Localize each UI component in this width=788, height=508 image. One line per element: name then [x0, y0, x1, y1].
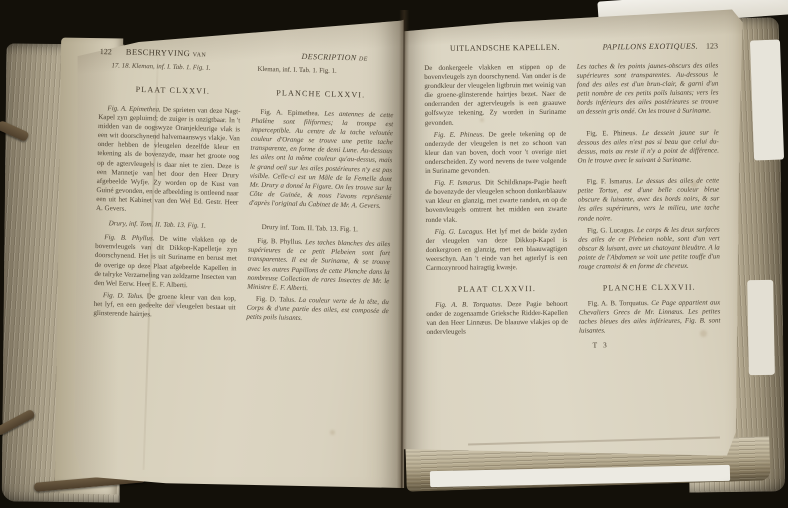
column-dutch: Fig. B. Phyllus. De witte vlakken op de … — [94, 233, 237, 294]
column-dutch: Fig. D. Talus. De groene kleur van den k… — [93, 291, 236, 325]
figure-paragraph: Les taches & les points jaunes-obscurs d… — [577, 61, 719, 117]
paragraph-pair-phineus: Fig. E. Phineus. De geele tekening op de… — [425, 128, 719, 179]
figure-text: De sprieten van deze Nagt-Kapel zyn gepl… — [96, 106, 241, 213]
column-french: Fig. A. B. Torquatus. Ce Page appartient… — [579, 299, 721, 340]
column-french: Les taches & les points jaunes-obscurs d… — [577, 61, 719, 129]
book-photo: 122 BESCHRYVING van DESCRIPTION de 17. 1… — [0, 0, 788, 508]
running-head-dutch: UITLANDSCHE KAPELLEN. — [450, 43, 560, 53]
running-head-dutch: BESCHRYVING van — [126, 47, 207, 59]
figure-paragraph: Fig. G. Lucagus. Het lyf met de beide zy… — [426, 226, 568, 273]
paragraph-pair-ismarus: Fig. F. Ismarus. Dit Schildknaps-Pagie h… — [425, 177, 719, 228]
column-dutch: Fig. A. B. Torquatus. Deze Pagie behoort… — [426, 300, 568, 341]
figure-paragraph: Fig. A. Epimethea. De sprieten van deze … — [96, 104, 241, 217]
figure-paragraph: De donkergeele vlakken en stippen op de … — [424, 63, 566, 128]
plate-heading-french: PLANCHE CLXXVI. — [247, 88, 395, 101]
column-french: Fig. F. Ismarus. Le dessus des ailes de … — [578, 177, 720, 227]
reference-row: 17. 18. Kleman, inf. I. Tab. 1. Fig. 1. … — [99, 62, 395, 76]
column-dutch: Fig. F. Ismarus. Dit Schildknaps-Pagie h… — [425, 178, 567, 228]
figure-paragraph: Fig. G. Lucagus. Le corps & les deux sur… — [578, 225, 720, 272]
column-dutch: Fig. G. Lucagus. Het lyf met de beide zy… — [426, 226, 568, 276]
foxing-spot — [330, 430, 335, 435]
figure-paragraph: Fig. E. Phineus. De geele tekening op de… — [425, 129, 567, 176]
figure-paragraph: Fig. B. Phyllus. De witte vlakken op de … — [94, 233, 237, 291]
column-french: Fig. A. Epimethea. Les antennes de cette… — [249, 108, 394, 224]
reference-line-french: Kleman, inf. I. Tab. 1. Fig. 1. — [257, 66, 336, 75]
left-page-columns: Fig. A. Epimethea. De sprieten van deze … — [93, 104, 394, 328]
figure-text: Les taches blanches des ailes supérieure… — [247, 238, 390, 292]
plate-heading-pair: PLAAT CLXXVII. PLANCHE CLXXVII. — [426, 273, 720, 301]
figure-lead: Fig. F. Ismarus. — [587, 177, 633, 185]
figure-paragraph: Fig. E. Phineus. Le dessein jaune sur le… — [577, 128, 719, 166]
running-head-french: DESCRIPTION de — [301, 52, 367, 63]
column-french: Fig. E. Phineus. Le dessein jaune sur le… — [577, 128, 719, 178]
citation-line: Drury, inf. Tom. II. Tab. 13. Fig. 1. — [96, 219, 238, 232]
figure-paragraph: Fig. B. Phyllus. Les taches blanches des… — [247, 237, 390, 295]
loose-page-sliver-right — [750, 40, 784, 161]
paragraph-pair-lucagus: Fig. G. Lucagus. Het lyf met de beide zy… — [426, 225, 720, 276]
figure-lead: Fig. E. Phineus. — [434, 130, 484, 138]
paragraph-pair-phyllus: Fig. B. Phyllus. De witte vlakken op de … — [94, 233, 391, 298]
figure-lead: Fig. A. B. Torquatus. — [435, 300, 502, 309]
plate-heading-row: PLAAT CLXXVI. PLANCHE CLXXVI. — [99, 84, 395, 100]
page-number: 123 — [706, 41, 718, 50]
column-dutch: Fig. E. Phineus. De geele tekening op de… — [425, 129, 567, 179]
column-dutch: De donkergeele vlakken en stippen op de … — [424, 63, 566, 131]
running-head-french: PAPILLONS EXOTIQUES. — [603, 42, 698, 52]
figure-lead: Fig. D. Talus. — [256, 295, 296, 304]
reference-line-dutch: 17. 18. Kleman, inf. I. Tab. 1. Fig. 1. — [111, 62, 257, 73]
paragraph-pair-continuation: De donkergeele vlakken en stippen op de … — [424, 61, 719, 130]
figure-lead: Fig. G. Lucagus. — [435, 227, 484, 235]
plate-heading-dutch: PLAAT CLXXVII. — [426, 284, 568, 294]
signature-mark: T 3 — [593, 339, 721, 349]
figure-text: De witte vlakken op de bovenvleugels van… — [94, 235, 237, 289]
figure-paragraph: Fig. F. Ismarus. Le dessus des ailes de … — [578, 177, 720, 224]
left-page-text: 122 BESCHRYVING van DESCRIPTION de 17. 1… — [93, 46, 396, 328]
figure-text: Les antennes de cette Phalène sont filif… — [249, 110, 393, 210]
figure-paragraph: Fig. A. B. Torquatus. Ce Page appartient… — [579, 299, 721, 337]
figure-lead: Fig. A. Epimethea. — [107, 104, 160, 113]
figure-paragraph: Fig. D. Talus. De groene kleur van den k… — [93, 291, 236, 322]
figure-lead: Fig. A. B. Torquatus. — [588, 299, 649, 308]
column-dutch: Fig. A. Epimethea. De sprieten van deze … — [96, 104, 241, 220]
plate-heading-dutch: PLAAT CLXXVI. — [99, 84, 247, 97]
figure-paragraph: Fig. F. Ismarus. Dit Schildknaps-Pagie h… — [425, 178, 567, 225]
figure-paragraph: Fig. A. Epimethea. Les antennes de cette… — [249, 108, 393, 211]
column-french: Fig. B. Phyllus. Les taches blanches des… — [247, 237, 390, 298]
page-number: 122 — [100, 47, 112, 56]
figure-lead: Fig. F. Ismarus. — [434, 179, 482, 187]
figure-lead: Fig. B. Phyllus. — [257, 237, 303, 246]
column-french: Fig. D. Talus. La couleur verte de la tê… — [246, 294, 389, 328]
figure-lead: Fig. E. Phineus. — [586, 129, 637, 137]
loose-page-sliver-right-lower — [747, 280, 775, 375]
right-page-columns: De donkergeele vlakken en stippen op de … — [424, 61, 720, 350]
plate-heading-french: PLANCHE CLXXVII. — [579, 282, 721, 292]
figure-lead: Fig. B. Phyllus. — [104, 233, 154, 242]
figure-lead: Fig. A. Epimethea. — [260, 108, 319, 117]
citation-line: Drury inf. Tom. II. Tab. 13. Fig. 1. — [249, 223, 391, 236]
paragraph-pair-torquatus: Fig. A. B. Torquatus. Deze Pagie behoort… — [426, 299, 720, 341]
figure-paragraph: Fig. A. B. Torquatus. Deze Pagie behoort… — [426, 300, 568, 338]
column-french: Fig. G. Lucagus. Le corps & les deux sur… — [578, 225, 720, 275]
figure-lead: Fig. D. Talus. — [103, 291, 144, 300]
paragraph-pair-epimethea: Fig. A. Epimethea. De sprieten van deze … — [96, 104, 395, 223]
right-running-head-row: UITLANDSCHE KAPELLEN. PAPILLONS EXOTIQUE… — [424, 41, 718, 53]
figure-lead: Fig. G. Lucagus. — [587, 226, 635, 234]
figure-paragraph: Fig. D. Talus. La couleur verte de la tê… — [246, 294, 389, 325]
right-page-text: UITLANDSCHE KAPELLEN. PAPILLONS EXOTIQUE… — [424, 41, 721, 350]
